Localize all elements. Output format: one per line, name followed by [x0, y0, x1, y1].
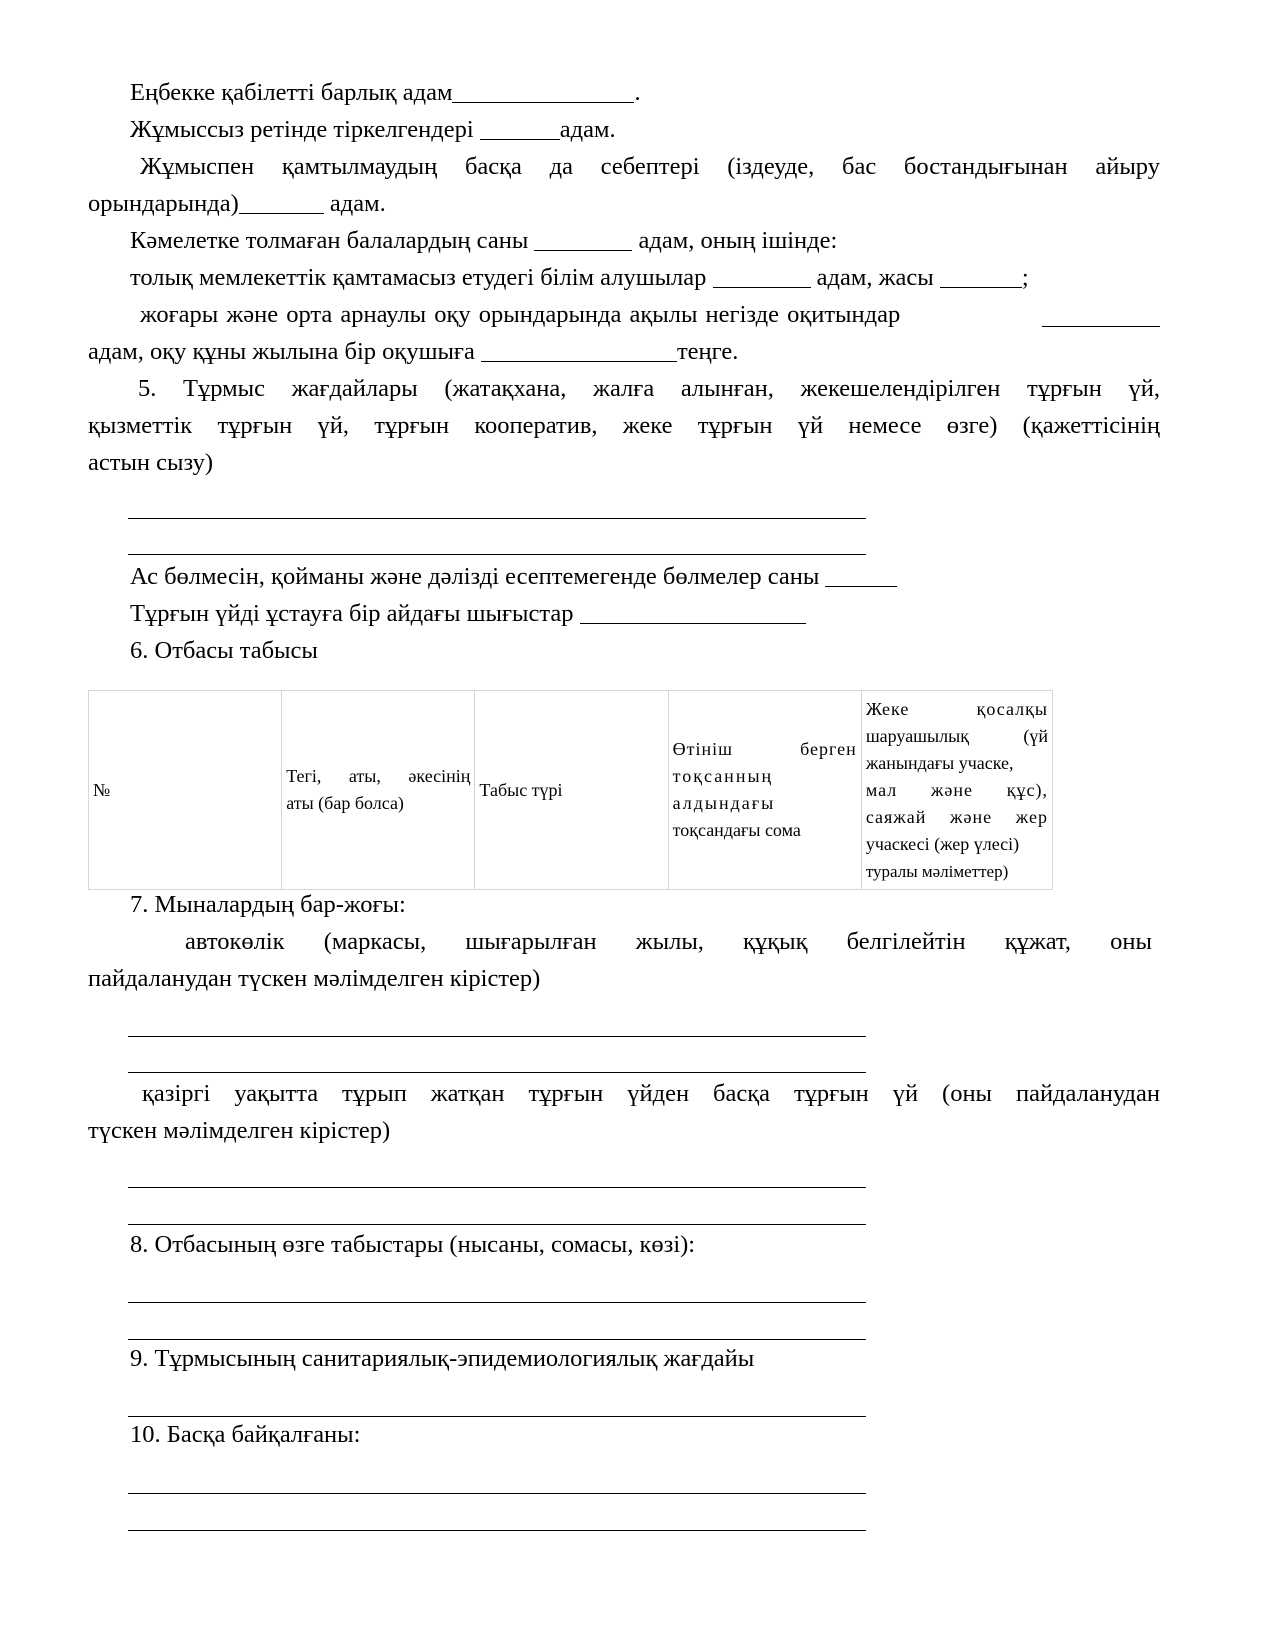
vehicle-blank-1[interactable]	[128, 1036, 866, 1037]
family-income-table: № Тегі, аты, әкесінің аты (бар болса) Та…	[88, 690, 1053, 890]
state-support-line: толық мемлекеттік қамтамасыз етудегі біл…	[130, 263, 1029, 293]
able-to-work-line: Еңбекке қабілетті барлық адам.	[130, 78, 641, 108]
other-reasons-line1: Жұмыспен қамтылмаудың басқа да себептері…	[140, 152, 1160, 182]
housing-type-blank-2[interactable]	[128, 554, 866, 555]
other-observations-blank-2[interactable]	[128, 1530, 866, 1531]
expenses-line: Тұрғын үйді ұстауға бір айдағы шығыстар	[130, 599, 806, 629]
section6-title: 6. Отбасы табысы	[130, 636, 318, 666]
other-housing-line1: қазіргі уақытта тұрып жатқан тұрғын үйде…	[142, 1079, 1160, 1109]
rooms-count-blank[interactable]	[825, 564, 897, 587]
paid-study-count-blank[interactable]	[1042, 304, 1160, 327]
other-housing-blank-1[interactable]	[128, 1187, 866, 1188]
section5-line3: астын сызу)	[88, 448, 213, 478]
col-number-header: №	[89, 691, 282, 890]
other-housing-line2: түскен мәлімделген кірістер)	[88, 1116, 390, 1146]
registered-unemployed-blank[interactable]	[480, 117, 560, 140]
section8-title: 8. Отбасының өзге табыстары (нысаны, сом…	[130, 1230, 695, 1260]
col-income-type-header: Табыс түрі	[475, 691, 668, 890]
minors-line: Кәмелетке толмаған балалардың саны адам,…	[130, 226, 837, 256]
section10-title: 10. Басқа байқалғаны:	[130, 1420, 360, 1450]
other-reasons-line2: орындарында) адам.	[88, 189, 386, 219]
other-income-blank-2[interactable]	[128, 1339, 866, 1340]
rooms-line: Ас бөлмесін, қойманы және дәлізді есепте…	[130, 562, 897, 592]
state-support-count-blank[interactable]	[713, 265, 811, 288]
housing-type-blank-1[interactable]	[128, 518, 866, 519]
other-observations-blank-1[interactable]	[128, 1493, 866, 1494]
other-housing-blank-2[interactable]	[128, 1224, 866, 1225]
other-income-blank-1[interactable]	[128, 1302, 866, 1303]
paid-study-line2: адам, оқу құны жылына бір оқушыға теңге.	[88, 337, 738, 367]
monthly-expenses-blank[interactable]	[580, 601, 806, 624]
able-to-work-blank[interactable]	[452, 80, 634, 103]
state-support-age-blank[interactable]	[940, 265, 1022, 288]
section9-title: 9. Тұрмысының санитариялық-эпидемиология…	[130, 1344, 754, 1374]
vehicle-blank-2[interactable]	[128, 1072, 866, 1073]
table-header-row: № Тегі, аты, әкесінің аты (бар болса) Та…	[89, 691, 1053, 890]
registered-unemployed-line: Жұмыссыз ретінде тіркелгендері адам.	[130, 115, 616, 145]
section5-line1: 5. Тұрмыс жағдайлары (жатақхана, жалға а…	[138, 374, 1160, 404]
vehicle-line1: автокөлік (маркасы, шығарылған жылы, құқ…	[185, 927, 1152, 957]
col-subsidiary-farm-header: Жеке қосалқы шаруашылық (үй жанындағы уч…	[861, 691, 1052, 890]
sanitary-blank[interactable]	[128, 1416, 866, 1417]
section7-title: 7. Мыналардың бар-жоғы:	[130, 890, 406, 920]
col-amount-header: Өтініш берген тоқсанның алдындағы тоқсан…	[668, 691, 861, 890]
col-name-header: Тегі, аты, әкесінің аты (бар болса)	[282, 691, 475, 890]
paid-study-line1: жоғары және орта арнаулы оқу орындарында…	[140, 300, 1160, 330]
minors-blank[interactable]	[534, 228, 632, 251]
tuition-cost-blank[interactable]	[481, 339, 677, 362]
other-reasons-blank[interactable]	[239, 191, 324, 214]
section5-line2: қызметтік тұрғын үй, тұрғын кооператив, …	[88, 411, 1160, 441]
vehicle-line2: пайдаланудан түскен мәлімделген кірістер…	[88, 964, 540, 994]
